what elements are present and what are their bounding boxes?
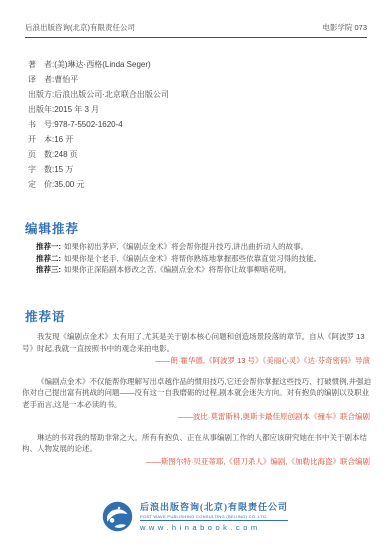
book-info-row-translator: 译 者:曹怡平 [28, 72, 169, 87]
recommendation-text: 如果你正深陷剧本修改之苦,《编剧点金术》将帮你让故事柳暗花明。 [64, 265, 291, 274]
book-info-value: 978-7-5502-1620-4 [54, 120, 123, 129]
book-info-value: 2015 年 3 月 [54, 105, 99, 114]
postwave-wave-logo-icon [102, 501, 133, 532]
book-info-label: 字 数: [28, 162, 54, 177]
book-info-row-wordcount: 字 数:15 万 [28, 162, 169, 177]
quote-text: 《编剧点金术》不仅能帮你理解写出卓越作品的惯用技巧,它还会帮你掌握这些技巧、打破… [22, 376, 372, 411]
book-info-label: 出版年: [28, 102, 54, 117]
book-info-value: 248 页 [54, 150, 78, 159]
book-info-value: 35.00 元 [54, 180, 84, 189]
recommendation-label: 推荐二: [36, 254, 61, 263]
book-info-row-pubyear: 出版年:2015 年 3 月 [28, 102, 169, 117]
book-info-label: 定 价: [28, 177, 54, 192]
quote-block: 《编剧点金术》不仅能帮你理解写出卓越作品的惯用技巧,它还会帮你掌握这些技巧、打破… [22, 376, 372, 423]
recommendation-label: 推荐一: [36, 242, 61, 251]
header-company-name: 后浪出版咨询(北京)有限责任公司 [25, 22, 135, 33]
page-header: 后浪出版咨询(北京)有限责任公司 电影学院 073 [25, 22, 367, 38]
editor-recommendation-list: 推荐一:如果你初出茅庐,《编剧点金术》将会帮你提升技巧,讲出曲折动人的故事。 推… [36, 241, 374, 276]
editor-recommendation-item: 推荐二:如果你是个老手,《编剧点金术》将帮你熟练地掌握那些依靠直觉习得的技能。 [36, 253, 374, 265]
footer-company-name-cn: 后浪出版咨询(北京)有限责任公司 [140, 500, 288, 513]
quote-attribution: ——波比·莫雷斯科,奥斯卡最佳原创剧本《撞车》联合编剧 [22, 411, 370, 423]
book-info-row-price: 定 价:35.00 元 [28, 177, 169, 192]
editor-recommendation-title: 编辑推荐 [25, 219, 79, 237]
editor-recommendation-item: 推荐一:如果你初出茅庐,《编剧点金术》将会帮你提升技巧,讲出曲折动人的故事。 [36, 241, 374, 253]
book-info-row-author: 著 者:(美)琳达·西格(Linda Seger) [28, 57, 169, 72]
document-page: 后浪出版咨询(北京)有限责任公司 电影学院 073 著 者:(美)琳达·西格(L… [0, 0, 390, 546]
book-info-label: 书 号: [28, 117, 54, 132]
quote-attribution: ——朗·霍华德,《阿波罗 13 号》《美丽心灵》《达·芬奇密码》导演 [22, 355, 370, 367]
quote-attribution: ——斯图尔特·贝亚蒂耶,《借刀杀人》编剧,《加勒比海盗》联合编剧 [22, 456, 370, 468]
footer-website-link[interactable]: www.hinabook.com [140, 523, 288, 532]
recommendation-text: 如果你初出茅庐,《编剧点金术》将会帮你提升技巧,讲出曲折动人的故事。 [64, 242, 308, 251]
quote-block: 我发现《编剧点金术》太有用了,尤其是关于剧本核心问题和创造场景段落的章节。自从《… [22, 331, 372, 367]
header-series-code: 电影学院 073 [322, 22, 367, 33]
book-info-label: 出版方: [28, 87, 54, 102]
book-info-value: (美)琳达·西格(Linda Seger) [54, 60, 150, 69]
editor-recommendation-item: 推荐三:如果你正深陷剧本修改之苦,《编剧点金术》将帮你让故事柳暗花明。 [36, 264, 374, 276]
book-info-row-isbn: 书 号:978-7-5502-1620-4 [28, 117, 169, 132]
quotes-section-title: 推荐语 [25, 307, 66, 325]
footer-text-block: 后浪出版咨询(北京)有限责任公司 POST WAVE PUBLISHING CO… [140, 500, 288, 532]
book-info-value: 后浪出版公司·北京联合出版公司 [54, 90, 169, 99]
recommendation-text: 如果你是个老手,《编剧点金术》将帮你熟练地掌握那些依靠直觉习得的技能。 [64, 254, 321, 263]
book-info-label: 页 数: [28, 147, 54, 162]
book-info-label: 开 本: [28, 132, 54, 147]
book-info-list: 著 者:(美)琳达·西格(Linda Seger) 译 者:曹怡平 出版方:后浪… [28, 57, 169, 192]
book-info-value: 16 开 [54, 135, 73, 144]
quote-text: 我发现《编剧点金术》太有用了,尤其是关于剧本核心问题和创造场景段落的章节。自从《… [22, 331, 372, 354]
book-info-label: 著 者: [28, 57, 54, 72]
book-info-row-pages: 页 数:248 页 [28, 147, 169, 162]
book-info-row-format: 开 本:16 开 [28, 132, 169, 147]
quote-block: 琳达的书对我的帮助非常之大。所有有抱负、正在从事编剧工作的人都应该研究她在书中关… [22, 432, 372, 468]
quote-text: 琳达的书对我的帮助非常之大。所有有抱负、正在从事编剧工作的人都应该研究她在书中关… [22, 432, 372, 455]
book-info-label: 译 者: [28, 72, 54, 87]
book-info-row-publisher: 出版方:后浪出版公司·北京联合出版公司 [28, 87, 169, 102]
quotes-list: 我发现《编剧点金术》太有用了,尤其是关于剧本核心问题和创造场景段落的章节。自从《… [22, 331, 372, 476]
page-footer: 后浪出版咨询(北京)有限责任公司 POST WAVE PUBLISHING CO… [0, 500, 390, 532]
book-info-value: 曹怡平 [54, 75, 78, 84]
footer-company-name-en: POST WAVE PUBLISHING CONSULTING (BEIJING… [140, 514, 288, 521]
book-info-value: 15 万 [54, 165, 73, 174]
recommendation-label: 推荐三: [36, 265, 61, 274]
